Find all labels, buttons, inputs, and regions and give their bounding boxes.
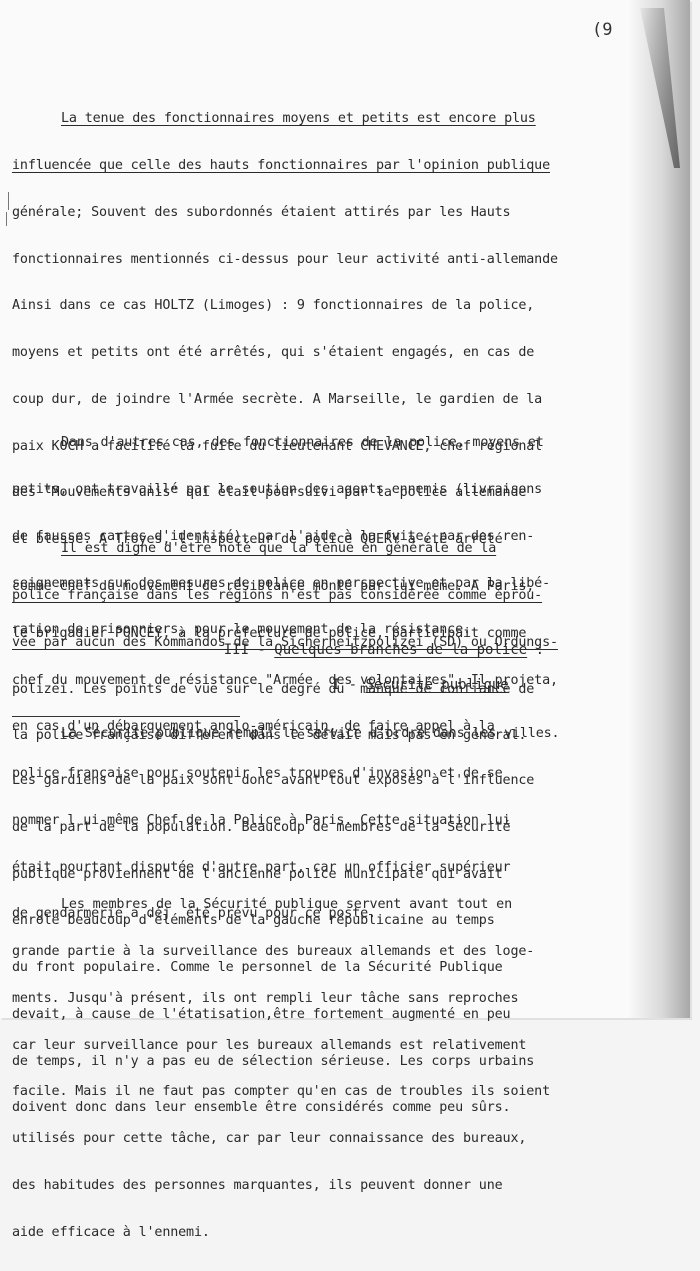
subsection-heading-title: Sécurité publique	[365, 677, 508, 693]
paragraph-5: Les membres de la Sécurité publique serv…	[12, 866, 692, 1027]
subsection-heading-prefix: I -	[332, 677, 366, 693]
text-line: générale; Souvent des subordonnés étaien…	[12, 205, 692, 221]
text-line: La tenue des fonctionnaires moyens et pe…	[12, 111, 692, 127]
text-line: moyens et petits ont été arrêtés, qui s'…	[12, 345, 692, 361]
text-line: Il est digne d'être noté que la tenue en…	[12, 541, 692, 557]
text-line: petits, ont travaillé par le soutien des…	[12, 482, 692, 498]
margin-mark	[8, 192, 9, 210]
section-heading-title: Quelques branches de la police	[274, 642, 527, 658]
text-line: Les gardiens de la paix sont donc avant …	[12, 773, 692, 789]
text-line: fonctionnaires mentionnés ci-dessus pour…	[12, 252, 692, 268]
margin-mark	[6, 212, 7, 226]
section-heading-prefix: III -	[224, 642, 275, 658]
document-page: (9 La tenue des fonctionnaires moyens et…	[0, 0, 690, 1018]
section-heading-suffix: :	[527, 642, 544, 658]
text-line: influencée que celle des hauts fonctionn…	[12, 158, 692, 174]
text-line: Ainsi dans ce cas HOLTZ (Limoges) : 9 fo…	[12, 298, 692, 314]
page-number: (9	[592, 20, 612, 40]
text-line: de la part de la population. Beaucoup de…	[12, 820, 692, 836]
text-line: Les membres de la Sécurité publique serv…	[12, 897, 692, 913]
underline-gardiens	[12, 716, 240, 717]
text-line: La Sécurité publique rempli le service d…	[12, 726, 692, 742]
text-line: Dans d'autres cas, des fonctionnaires de…	[12, 435, 692, 451]
text-line: grande partie à la surveillance des bure…	[12, 944, 692, 960]
text-line: police française dans les régions n'est …	[12, 588, 692, 604]
text-line: ments. Jusqu'à présent, ils ont rempli l…	[12, 991, 692, 1007]
